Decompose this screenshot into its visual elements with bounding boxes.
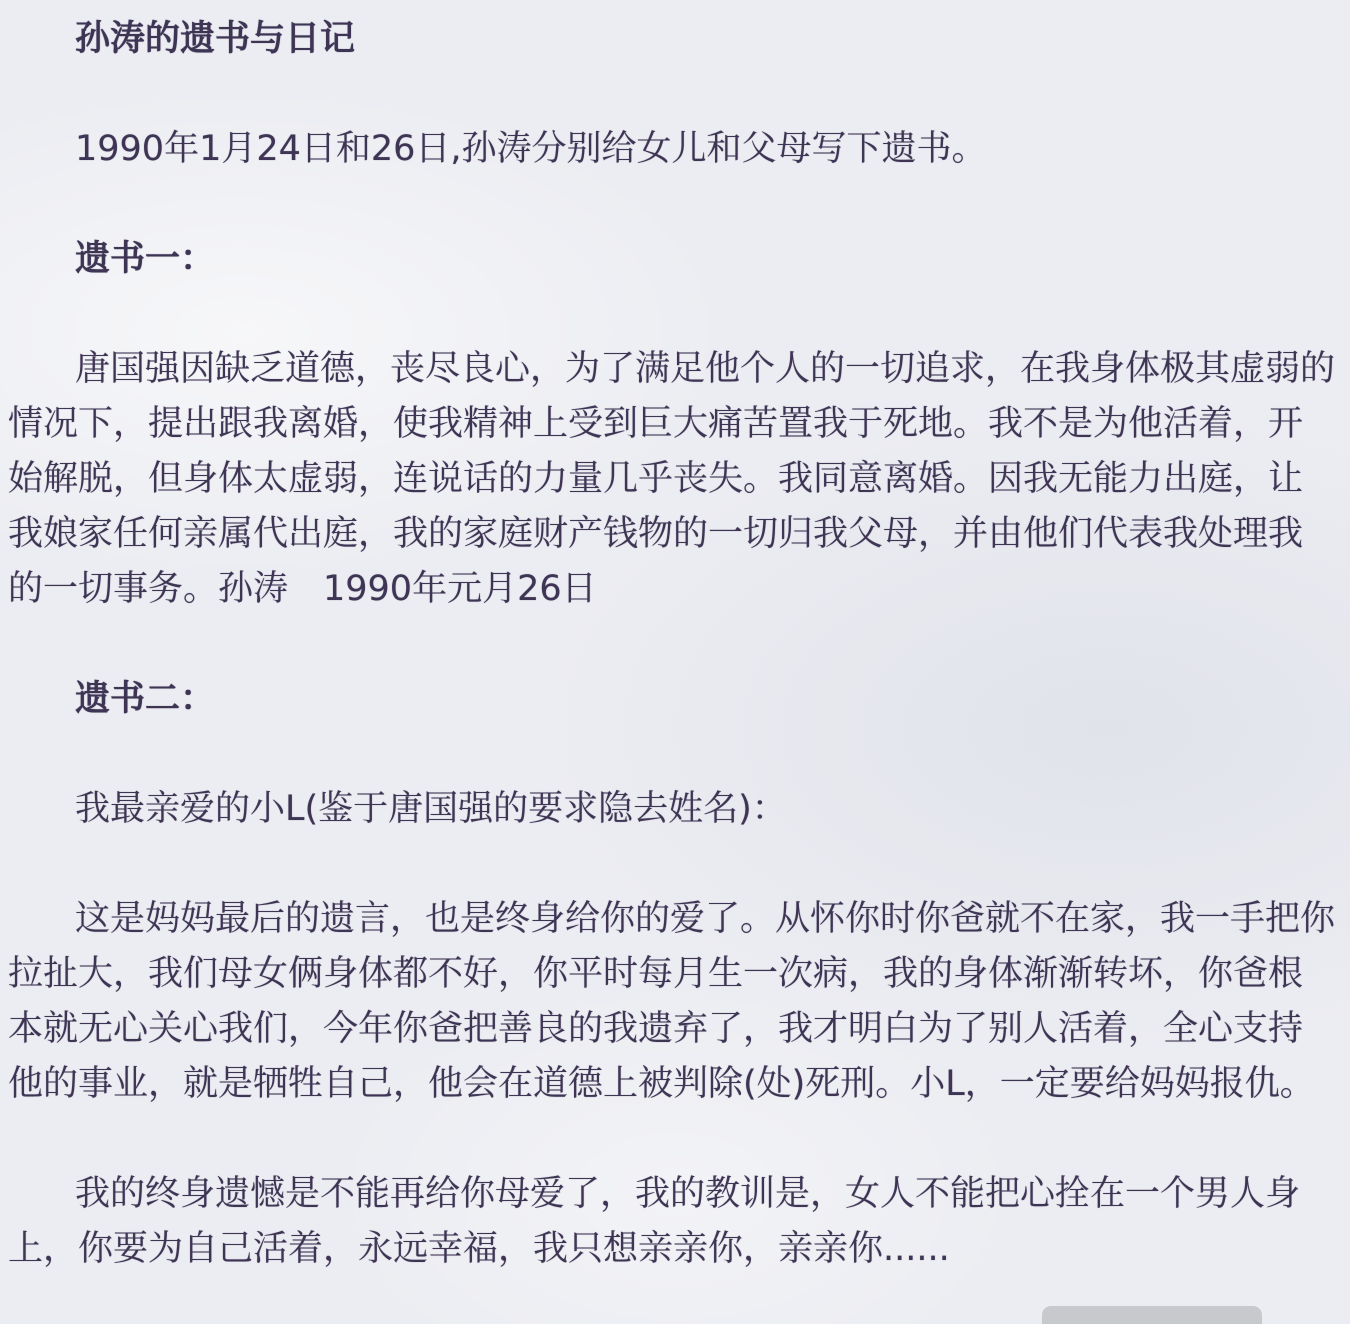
letter-1-body: 唐国强因缺乏道德，丧尽良心，为了满足他个人的一切追求，在我身体极其虚弱的情况下，…: [8, 342, 1336, 617]
document-title: 孙涛的遗书与日记: [75, 12, 1336, 67]
letter-2-closing: 我的终身遗憾是不能再给你母爱了，我的教训是，女人不能把心拴在一个男人身上，你要为…: [8, 1167, 1336, 1277]
letter-2-body: 这是妈妈最后的遗言，也是终身给你的爱了。从怀你时你爸就不在家，我一手把你拉扯大，…: [8, 892, 1336, 1112]
letter-2-heading: 遗书二：: [75, 672, 1336, 727]
document-page: 孙涛的遗书与日记 1990年1月24日和26日,孙涛分别给女儿和父母写下遗书。 …: [0, 0, 1350, 1277]
letter-1-heading: 遗书一：: [75, 232, 1336, 287]
intro-paragraph: 1990年1月24日和26日,孙涛分别给女儿和父母写下遗书。: [8, 122, 1336, 177]
footer-gray-bar: [1042, 1306, 1262, 1324]
letter-2-salutation: 我最亲爱的小L(鉴于唐国强的要求隐去姓名)：: [8, 782, 1336, 837]
